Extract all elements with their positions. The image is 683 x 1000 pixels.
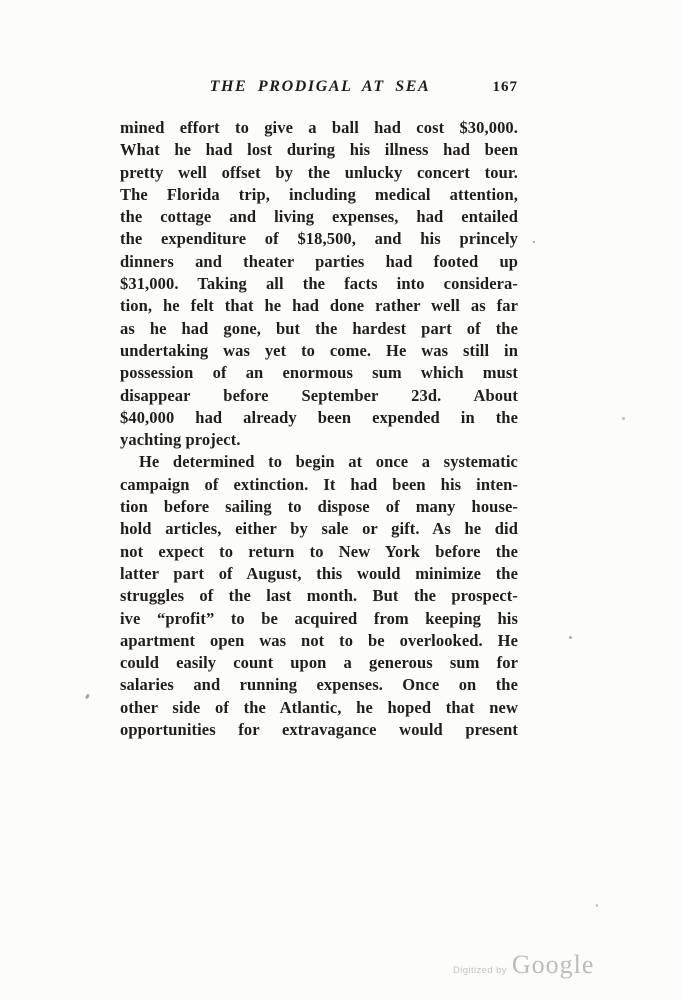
text-line: hold articles, either by sale or gift. A…	[120, 518, 518, 540]
book-page: THE PRODIGAL AT SEA 167 mined effort to …	[0, 0, 683, 1000]
text-line: $31,000. Taking all the facts into consi…	[120, 273, 518, 295]
watermark-prefix: Digitized by	[453, 965, 507, 976]
text-line: possession of an enormous sum which must	[120, 362, 518, 384]
text-line: ive “profit” to be acquired from keeping…	[120, 608, 518, 630]
text-line: tion before sailing to dispose of many h…	[120, 496, 518, 518]
text-line: pretty well offset by the unlucky concer…	[120, 162, 518, 184]
text-line: The Florida trip, including medical atte…	[120, 184, 518, 206]
scan-speck	[85, 694, 90, 700]
text-line: He determined to begin at once a systema…	[120, 451, 518, 473]
page-number: 167	[493, 79, 519, 96]
scan-speck	[533, 241, 535, 243]
running-title: THE PRODIGAL AT SEA	[210, 78, 431, 95]
text-line: struggles of the last month. But the pro…	[120, 585, 518, 607]
google-logo: Google	[512, 950, 595, 980]
text-line: as he had gone, but the hardest part of …	[120, 318, 518, 340]
text-line: the cottage and living expenses, had ent…	[120, 206, 518, 228]
page-header: THE PRODIGAL AT SEA 167	[120, 78, 520, 96]
text-line: yachting project.	[120, 429, 518, 451]
text-line: not expect to return to New York before …	[120, 541, 518, 563]
watermark: Digitized by Google	[453, 950, 594, 980]
text-line: What he had lost during his illness had …	[120, 139, 518, 161]
text-line: dinners and theater parties had footed u…	[120, 251, 518, 273]
text-line: the expenditure of $18,500, and his prin…	[120, 228, 518, 250]
scan-speck	[596, 904, 598, 907]
text-line: other side of the Atlantic, he hoped tha…	[120, 697, 518, 719]
scan-speck	[622, 417, 625, 420]
text-line: could easily count upon a generous sum f…	[120, 652, 518, 674]
text-line: apartment open was not to be overlooked.…	[120, 630, 518, 652]
text-line: disappear before September 23d. About	[120, 385, 518, 407]
text-line: opportunities for extravagance would pre…	[120, 719, 518, 741]
text-line: undertaking was yet to come. He was stil…	[120, 340, 518, 362]
text-line: mined effort to give a ball had cost $30…	[120, 117, 518, 139]
scan-speck	[569, 636, 572, 639]
text-line: $40,000 had already been expended in the	[120, 407, 518, 429]
text-line: tion, he felt that he had done rather we…	[120, 295, 518, 317]
text-line: campaign of extinction. It had been his …	[120, 474, 518, 496]
text-line: latter part of August, this would minimi…	[120, 563, 518, 585]
text-line: salaries and running expenses. Once on t…	[120, 674, 518, 696]
page-body: mined effort to give a ball had cost $30…	[120, 117, 518, 741]
